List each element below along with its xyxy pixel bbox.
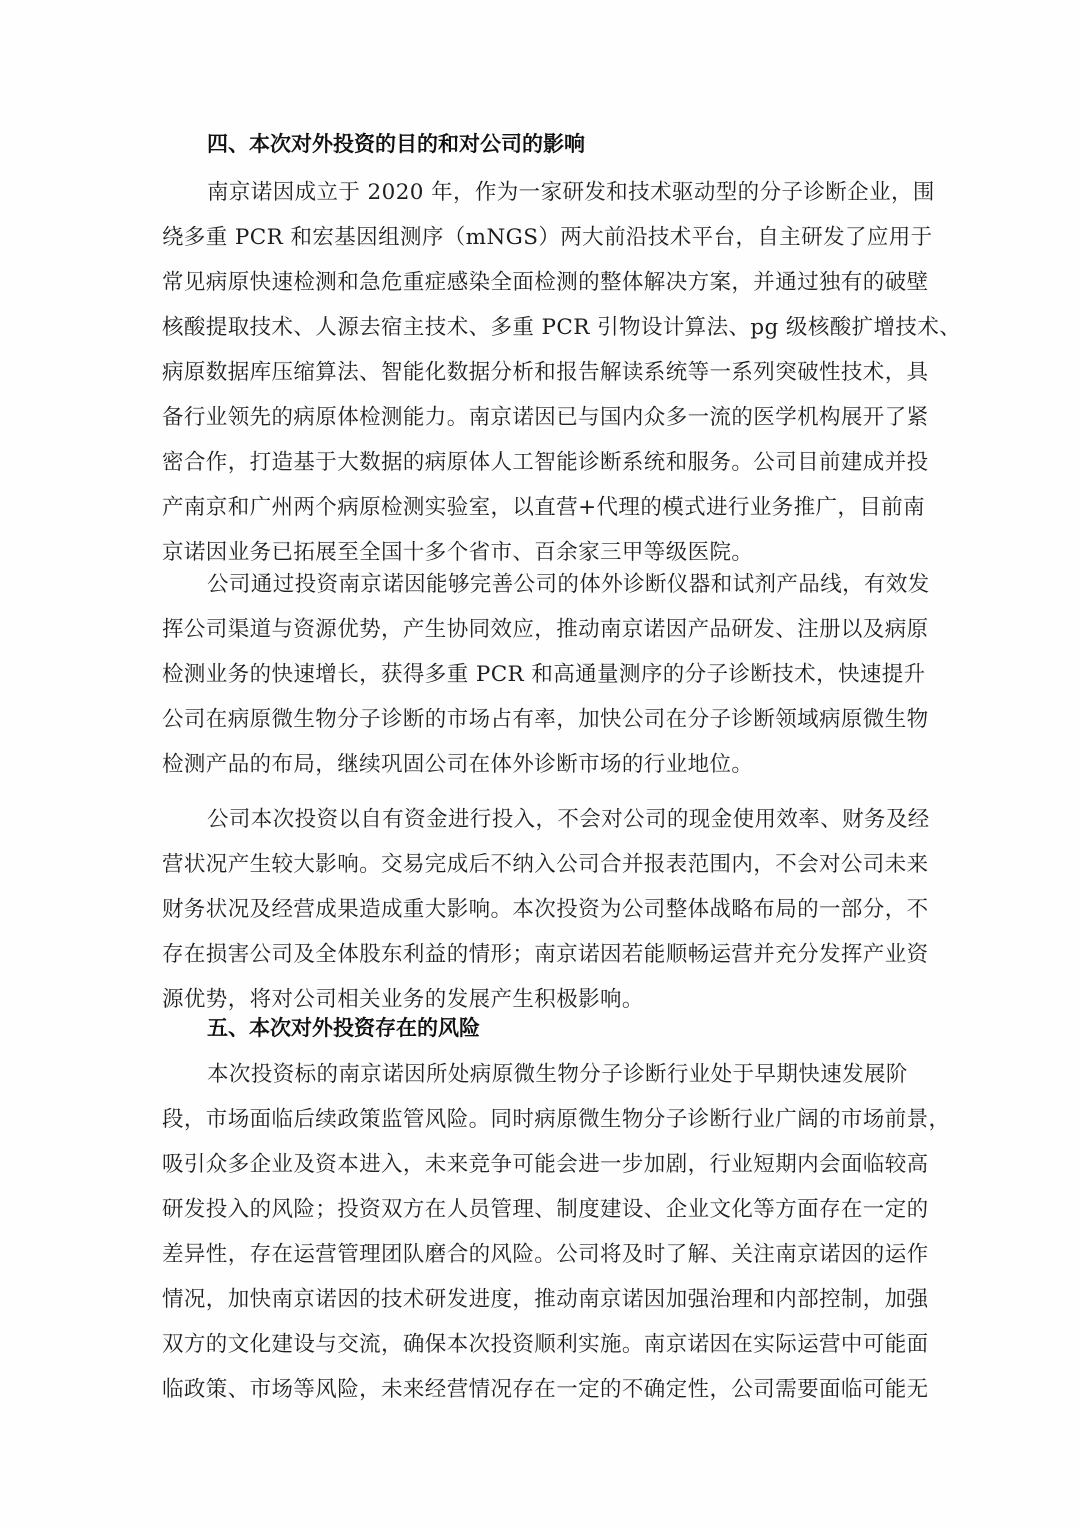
section-heading-4: 四、本次对外投资的目的和对公司的影响 — [207, 128, 585, 158]
text-line: 绕多重 PCR 和宏基因组测序（mNGS）两大前沿技术平台，自主研发了应用于 — [162, 223, 933, 253]
text-line: 南京诺因成立于 2020 年，作为一家研发和技术驱动型的分子诊断企业，围 — [207, 178, 935, 208]
text-line: 吸引众多企业及资本进入，未来竞争可能会进一步加剧，行业短期内会面临较高 — [162, 1150, 929, 1180]
text-line: 挥公司渠道与资源优势，产生协同效应，推动南京诺因产品研发、注册以及病原 — [162, 615, 929, 645]
text-line: 公司在病原微生物分子诊断的市场占有率，加快公司在分子诊断领域病原微生物 — [162, 705, 929, 735]
text-line: 临政策、市场等风险，未来经营情况存在一定的不确定性，公司需要面临可能无 — [162, 1375, 929, 1405]
text-line: 检测产品的布局，继续巩固公司在体外诊断市场的行业地位。 — [162, 750, 753, 780]
text-line: 公司本次投资以自有资金进行投入，不会对公司的现金使用效率、财务及经 — [207, 805, 930, 835]
text-line: 公司通过投资南京诺因能够完善公司的体外诊断仪器和试剂产品线，有效发 — [207, 570, 930, 600]
text-line: 存在损害公司及全体股东利益的情形；南京诺因若能顺畅运营并充分发挥产业资 — [162, 940, 929, 970]
section-heading-5: 五、本次对外投资存在的风险 — [207, 1012, 480, 1042]
text-line: 源优势，将对公司相关业务的发展产生积极影响。 — [162, 985, 644, 1015]
text-line: 核酸提取技术、人源去宿主技术、多重 PCR 引物设计算法、pg 级核酸扩增技术、 — [162, 313, 961, 343]
text-line: 情况，加快南京诺因的技术研发进度，推动南京诺因加强治理和内部控制，加强 — [162, 1285, 929, 1315]
text-line: 段，市场面临后续政策监管风险。同时病原微生物分子诊断行业广阔的市场前景， — [162, 1105, 950, 1135]
text-line: 常见病原快速检测和急危重症感染全面检测的整体解决方案，并通过独有的破壁 — [162, 268, 929, 298]
text-line: 产南京和广州两个病原检测实验室，以直营+代理的模式进行业务推广，目前南 — [162, 493, 925, 523]
text-line: 营状况产生较大影响。交易完成后不纳入公司合并报表范围内，不会对公司未来 — [162, 850, 929, 880]
text-line: 备行业领先的病原体检测能力。南京诺因已与国内众多一流的医学机构展开了紧 — [162, 403, 929, 433]
text-line: 检测业务的快速增长，获得多重 PCR 和高通量测序的分子诊断技术，快速提升 — [162, 660, 926, 690]
text-line: 密合作，打造基于大数据的病原体人工智能诊断系统和服务。公司目前建成并投 — [162, 448, 929, 478]
text-line: 财务状况及经营成果造成重大影响。本次投资为公司整体战略布局的一部分，不 — [162, 895, 929, 925]
text-line: 京诺因业务已拓展至全国十多个省市、百余家三甲等级医院。 — [162, 538, 753, 568]
text-line: 病原数据库压缩算法、智能化数据分析和报告解读系统等一系列突破性技术，具 — [162, 358, 929, 388]
text-line: 研发投入的风险；投资双方在人员管理、制度建设、企业文化等方面存在一定的 — [162, 1195, 929, 1225]
text-line: 本次投资标的南京诺因所处病原微生物分子诊断行业处于早期快速发展阶 — [207, 1060, 908, 1090]
document-page: 四、本次对外投资的目的和对公司的影响 南京诺因成立于 2020 年，作为一家研发… — [0, 0, 1080, 1527]
text-line: 差异性，存在运营管理团队磨合的风险。公司将及时了解、关注南京诺因的运作 — [162, 1240, 929, 1270]
text-line: 双方的文化建设与交流，确保本次投资顺利实施。南京诺因在实际运营中可能面 — [162, 1330, 929, 1360]
